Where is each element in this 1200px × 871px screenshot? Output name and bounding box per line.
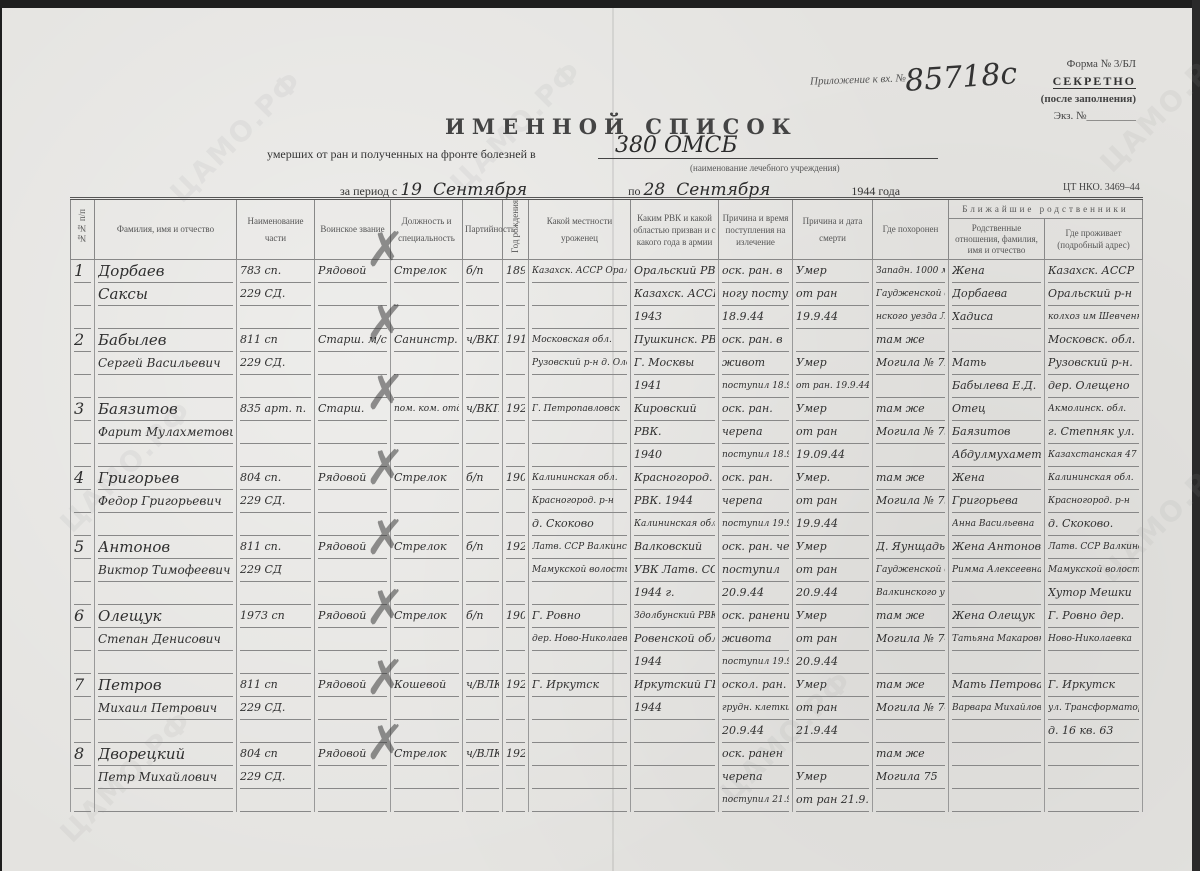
checkmark-x: ✗	[365, 295, 405, 351]
party-cell: б/п	[463, 467, 503, 536]
birthplace-cell: Казахск. АССР Оральский р-н	[529, 260, 631, 330]
birth-year-cell: 1902	[503, 605, 529, 674]
address-cell: Казахск. АССРОральский р-нколхоз им Шевч…	[1045, 260, 1143, 330]
table-row: 6ОлещукСтепан Денисович1973 спРядовойСтр…	[71, 605, 1143, 674]
admission-cell: оск. ран. вживотпоступил 18.9.44	[719, 329, 793, 398]
unit-cell: 811 сп229 СД.	[237, 329, 315, 398]
col-header-birth-year: Год рождения	[503, 199, 529, 260]
address-cell: Акмолинск. обл.г. Степняк ул.Казахстанск…	[1045, 398, 1143, 467]
admission-cell: оск. ран. чер.поступил20.9.44	[719, 536, 793, 605]
party-cell: б/п	[463, 260, 503, 330]
copy-label: Экз. №	[1054, 110, 1087, 122]
checkmark-x: ✗	[365, 715, 405, 771]
birthplace-cell: Г. Иркутск	[529, 674, 631, 743]
institution-name: 380 ОМСБ	[615, 133, 738, 158]
form-number: Форма № 3/БЛ	[1041, 56, 1136, 73]
rvk-cell: Иркутский ГВК.1944	[631, 674, 719, 743]
party-cell: ч/ВКП(б)	[463, 329, 503, 398]
name-cell: ГригорьевФедор Григорьевич	[95, 467, 237, 536]
admission-cell: оск. ран.черепапоступил 19.9.44	[719, 467, 793, 536]
party-cell: б/п	[463, 605, 503, 674]
birth-year-cell: 1905	[503, 467, 529, 536]
table-row: 8ДворецкийПетр Михайлович804 сп229 СД.Ря…	[71, 743, 1143, 812]
row-number: 7	[71, 674, 95, 743]
burial-cell: Западн. 1000 метр. дер. СилломелыГауджен…	[873, 260, 949, 330]
birth-year-cell: 1926	[503, 743, 529, 812]
name-cell: ДорбаевСаксы	[95, 260, 237, 330]
relative-cell: Мать ПетроваВарвара Михайловна	[949, 674, 1045, 743]
name-cell: ДворецкийПетр Михайлович	[95, 743, 237, 812]
col-header-birthplace: Какой местности уроженец	[529, 199, 631, 260]
admission-cell: оскол. ран.грудн. клетки поступил20.9.44	[719, 674, 793, 743]
row-number: 5	[71, 536, 95, 605]
col-header-unit: Наименование части	[237, 199, 315, 260]
checkmark-x: ✗	[365, 580, 405, 636]
party-cell: ч/ВЛКСМ	[463, 674, 503, 743]
row-number: 4	[71, 467, 95, 536]
col-header-name: Фамилия, имя и отчество	[95, 199, 237, 260]
row-number: 2	[71, 329, 95, 398]
death-cell: Умерот ран 21.9.44	[793, 743, 873, 812]
table-row: 5АнтоновВиктор Тимофеевич811 сп.229 СДРя…	[71, 536, 1143, 605]
relative-cell: МатьБабылева Е.Д.	[949, 329, 1045, 398]
burial-cell: там жеМогила № 74	[873, 674, 949, 743]
birthplace-cell: Калининская обл.Красногород. р-нд. Скоко…	[529, 467, 631, 536]
name-cell: АнтоновВиктор Тимофеевич	[95, 536, 237, 605]
unit-cell: 835 арт. п.	[237, 398, 315, 467]
rvk-cell	[631, 743, 719, 812]
burial-cell: там жеМогила № 74	[873, 605, 949, 674]
address-cell: Латв. ССР Валкинский уездМамукской волос…	[1045, 536, 1143, 605]
unit-cell: 783 сп.229 СД.	[237, 260, 315, 330]
table-row: 7ПетровМихаил Петрович811 сп229 СД.Рядов…	[71, 674, 1143, 743]
unit-cell: 811 сп229 СД.	[237, 674, 315, 743]
period-year: 1944 года	[851, 184, 900, 198]
secret-label: СЕКРЕТНО	[1053, 74, 1136, 89]
table-row: 3БаязитовФарит Мулахметович835 арт. п.Ст…	[71, 398, 1143, 467]
deceased-list-table: №№ п/п Фамилия, имя и отчество Наименова…	[70, 197, 1143, 812]
col-header-death: Причина и дата смерти	[793, 199, 873, 260]
relative-cell: ЖенаГригорьеваАнна Васильевна	[949, 467, 1045, 536]
col-header-rvk: Каким РВК и какой областью призван и с к…	[631, 199, 719, 260]
party-cell: б/п	[463, 536, 503, 605]
col-header-relative: Родственные отношения, фамилия, имя и от…	[949, 219, 1045, 260]
death-cell: Умер.от ран19.9.44	[793, 467, 873, 536]
burial-cell: там жеМогила № 73	[873, 398, 949, 467]
admission-cell: оск. ран.черепапоступил 18.9.44	[719, 398, 793, 467]
relative-cell: Жена АнтоноваРимма Алексеевна	[949, 536, 1045, 605]
name-cell: БаязитовФарит Мулахметович	[95, 398, 237, 467]
col-group-relatives: Ближайшие родственники	[949, 199, 1143, 219]
rvk-cell: Красногород.РВК. 1944Калининская обл.	[631, 467, 719, 536]
birthplace-cell: Латв. ССР Валкинский уездМамукской волос…	[529, 536, 631, 605]
birthplace-cell: Г. Петропавловск	[529, 398, 631, 467]
after-filling-note: (после заполнения)	[1041, 91, 1136, 108]
scan-border-right	[1192, 0, 1200, 871]
address-cell	[1045, 743, 1143, 812]
table-row: 4ГригорьевФедор Григорьевич804 сп.229 СД…	[71, 467, 1143, 536]
burial-cell: Д. ЯунщадыГаудженской волостиВалкинского…	[873, 536, 949, 605]
death-cell: Умерот ран21.9.44	[793, 674, 873, 743]
relative-cell: ЖенаДорбаеваХадиса	[949, 260, 1045, 330]
col-header-party: Партийность	[463, 199, 503, 260]
burial-cell: там жеМогила № 72	[873, 329, 949, 398]
checkmark-x: ✗	[365, 650, 405, 706]
admission-cell: оск. ранениеживотапоступил 19.9.44	[719, 605, 793, 674]
party-cell: ч/ВЛКСМ	[463, 743, 503, 812]
relative-cell: ОтецБаязитовАбдулмухамет	[949, 398, 1045, 467]
birth-year-cell: 1923	[503, 536, 529, 605]
unit-cell: 804 сп229 СД.	[237, 743, 315, 812]
name-cell: ПетровМихаил Петрович	[95, 674, 237, 743]
checkmark-x: ✗	[365, 365, 405, 421]
relative-cell: Жена ОлещукТатьяна Макаровна	[949, 605, 1045, 674]
address-cell: Калининская обл.Красногород. р-нд. Скоко…	[1045, 467, 1143, 536]
period-to-label: по	[628, 184, 640, 198]
birth-year-cell: 1922	[503, 398, 529, 467]
col-header-address: Где проживает (подробный адрес)	[1045, 219, 1143, 260]
table-row: 2БабылевСергей Васильевич811 сп229 СД.Ст…	[71, 329, 1143, 398]
rvk-cell: Оральский РВККазахск. АССР1943	[631, 260, 719, 330]
rvk-cell: ВалковскийУВК Латв. ССР1944 г.	[631, 536, 719, 605]
document-subtitle: умерших от ран и полученных на фронте бо…	[267, 147, 536, 162]
birth-year-cell: 1913	[503, 329, 529, 398]
birthplace-cell	[529, 743, 631, 812]
rvk-cell: Пушкинск. РВКГ. Москвы1941	[631, 329, 719, 398]
col-header-admission: Причина и время поступления на излечение	[719, 199, 793, 260]
unit-cell: 804 сп.229 СД.	[237, 467, 315, 536]
birthplace-cell: Г. Ровнодер. Ново-Николаевка	[529, 605, 631, 674]
col-header-buried: Где похоронен	[873, 199, 949, 260]
table-row: 1ДорбаевСаксы783 сп.229 СД.РядовойСтрело…	[71, 260, 1143, 330]
party-cell: ч/ВКП(б)	[463, 398, 503, 467]
address-cell: Московск. обл.Рузовский р-н.дер. Олещено	[1045, 329, 1143, 398]
death-cell: Умерот ран19.9.44	[793, 260, 873, 330]
name-cell: БабылевСергей Васильевич	[95, 329, 237, 398]
burial-cell: там жеМогила 75	[873, 743, 949, 812]
print-code: ЦТ НКО. 3469–44	[1063, 182, 1140, 193]
rvk-cell: КировскийРВК.1940	[631, 398, 719, 467]
row-number: 3	[71, 398, 95, 467]
birthplace-cell: Московская обл.Рузовский р-н д. Олещено	[529, 329, 631, 398]
period-from-label: за период с	[340, 184, 397, 198]
burial-cell: там жеМогила № 73	[873, 467, 949, 536]
death-cell: Умерот ран20.9.44	[793, 536, 873, 605]
form-header-block: Форма № 3/БЛ СЕКРЕТНО (после заполнения)…	[1041, 56, 1136, 125]
death-cell: Умерот ран. 19.9.44	[793, 329, 873, 398]
unit-cell: 1973 сп	[237, 605, 315, 674]
death-cell: Умерот ран19.09.44	[793, 398, 873, 467]
admission-cell: оск. ран. вногу поступил18.9.44	[719, 260, 793, 330]
name-cell: ОлещукСтепан Денисович	[95, 605, 237, 674]
relative-cell	[949, 743, 1045, 812]
admission-cell: оск. раненчерепапоступил 21.9.44	[719, 743, 793, 812]
address-cell: Г. Ровно дер.Ново-Николаевка	[1045, 605, 1143, 674]
death-cell: Умерот ран20.9.44	[793, 605, 873, 674]
institution-underline	[598, 158, 938, 159]
unit-cell: 811 сп.229 СД	[237, 536, 315, 605]
row-number: 8	[71, 743, 95, 812]
checkmark-x: ✗	[365, 440, 405, 496]
col-header-number: №№ п/п	[71, 199, 95, 260]
address-cell: Г. Иркутскул. Трансформаторнаяд. 16 кв. …	[1045, 674, 1143, 743]
birth-year-cell: 1899	[503, 260, 529, 330]
row-number: 1	[71, 260, 95, 330]
rvk-cell: Здолбунский РВКРовенской обл.1944	[631, 605, 719, 674]
birth-year-cell: 1926	[503, 674, 529, 743]
checkmark-x: ✗	[365, 510, 405, 566]
row-number: 6	[71, 605, 95, 674]
institution-caption: (наименование лечебного учреждения)	[690, 163, 840, 173]
checkmark-x: ✗	[365, 222, 405, 278]
